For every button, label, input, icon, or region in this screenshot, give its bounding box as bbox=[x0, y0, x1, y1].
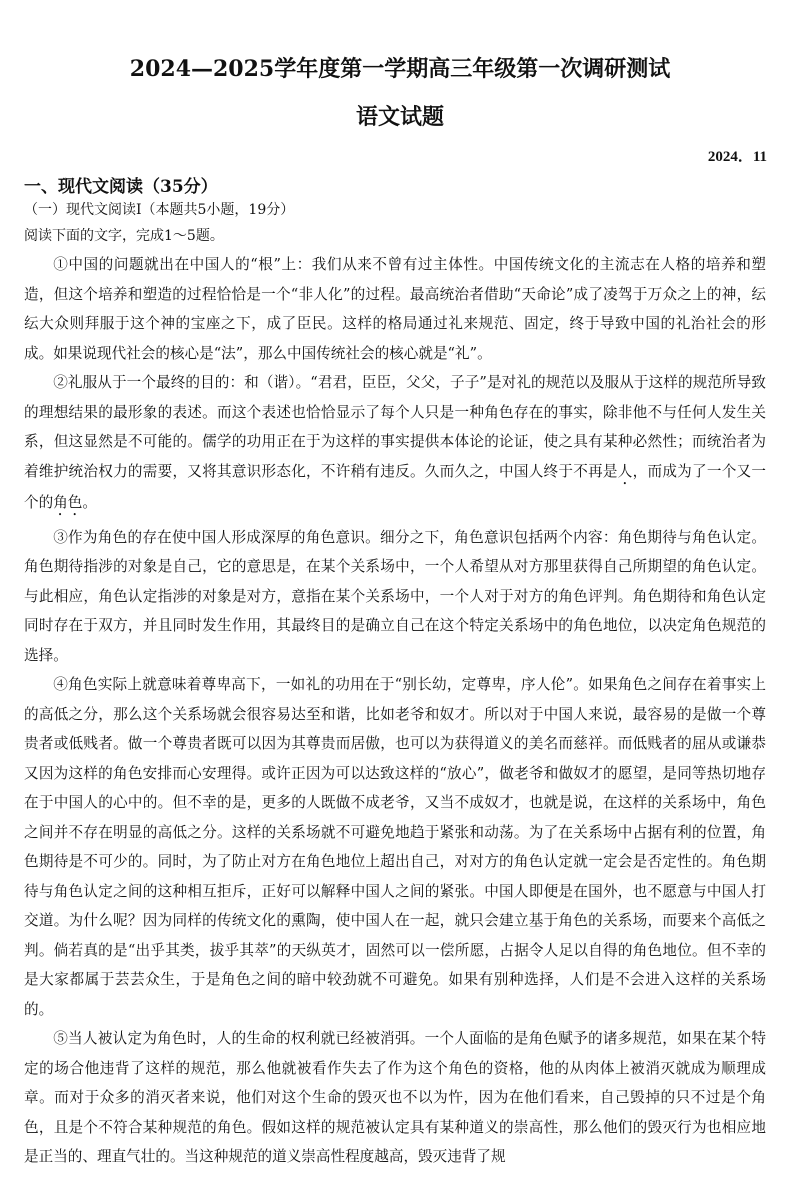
section-heading: 一、现代文阅读（35分） bbox=[24, 172, 218, 197]
reading-instruction: 阅读下面的文字，完成1～5题。 bbox=[24, 225, 224, 245]
reading-passage: ①中国的问题就出在中国人的“根”上：我们从来不曾有过主体性。中国传统文化的主流志… bbox=[24, 250, 766, 1172]
paragraph-2-text-c: 。 bbox=[82, 494, 97, 511]
exam-subtitle: 语文试题 bbox=[0, 100, 800, 131]
exam-page: 2024—2025学年度第一学期高三年级第一次调研测试 语文试题 2024．11… bbox=[0, 0, 800, 1201]
paragraph-1: ①中国的问题就出在中国人的“根”上：我们从来不曾有过主体性。中国传统文化的主流志… bbox=[24, 250, 766, 368]
paragraph-2: ②礼服从于一个最终的目的：和（谐）。“君君，臣臣，父父，子子”是对礼的规范以及服… bbox=[24, 368, 766, 519]
paragraph-3: ③作为角色的存在使中国人形成深厚的角色意识。细分之下，角色意识包括两个内容：角色… bbox=[24, 523, 766, 671]
emphasized-word-juese: 角色 bbox=[53, 494, 82, 511]
exam-title: 2024—2025学年度第一学期高三年级第一次调研测试 bbox=[0, 52, 800, 83]
exam-date: 2024．11 bbox=[708, 145, 767, 166]
subsection-heading: （一）现代文阅读Ⅰ（本题共5小题，19分） bbox=[24, 199, 294, 219]
paragraph-5: ⑤当人被认定为角色时，人的生命的权利就已经被消弭。一个人面临的是角色赋予的诸多规… bbox=[24, 1024, 766, 1172]
emphasized-word-ren: 人 bbox=[618, 463, 633, 480]
paragraph-4: ④角色实际上就意味着尊卑高下，一如礼的功用在于“别长幼，定尊卑，序人伦”。如果角… bbox=[24, 670, 766, 1024]
